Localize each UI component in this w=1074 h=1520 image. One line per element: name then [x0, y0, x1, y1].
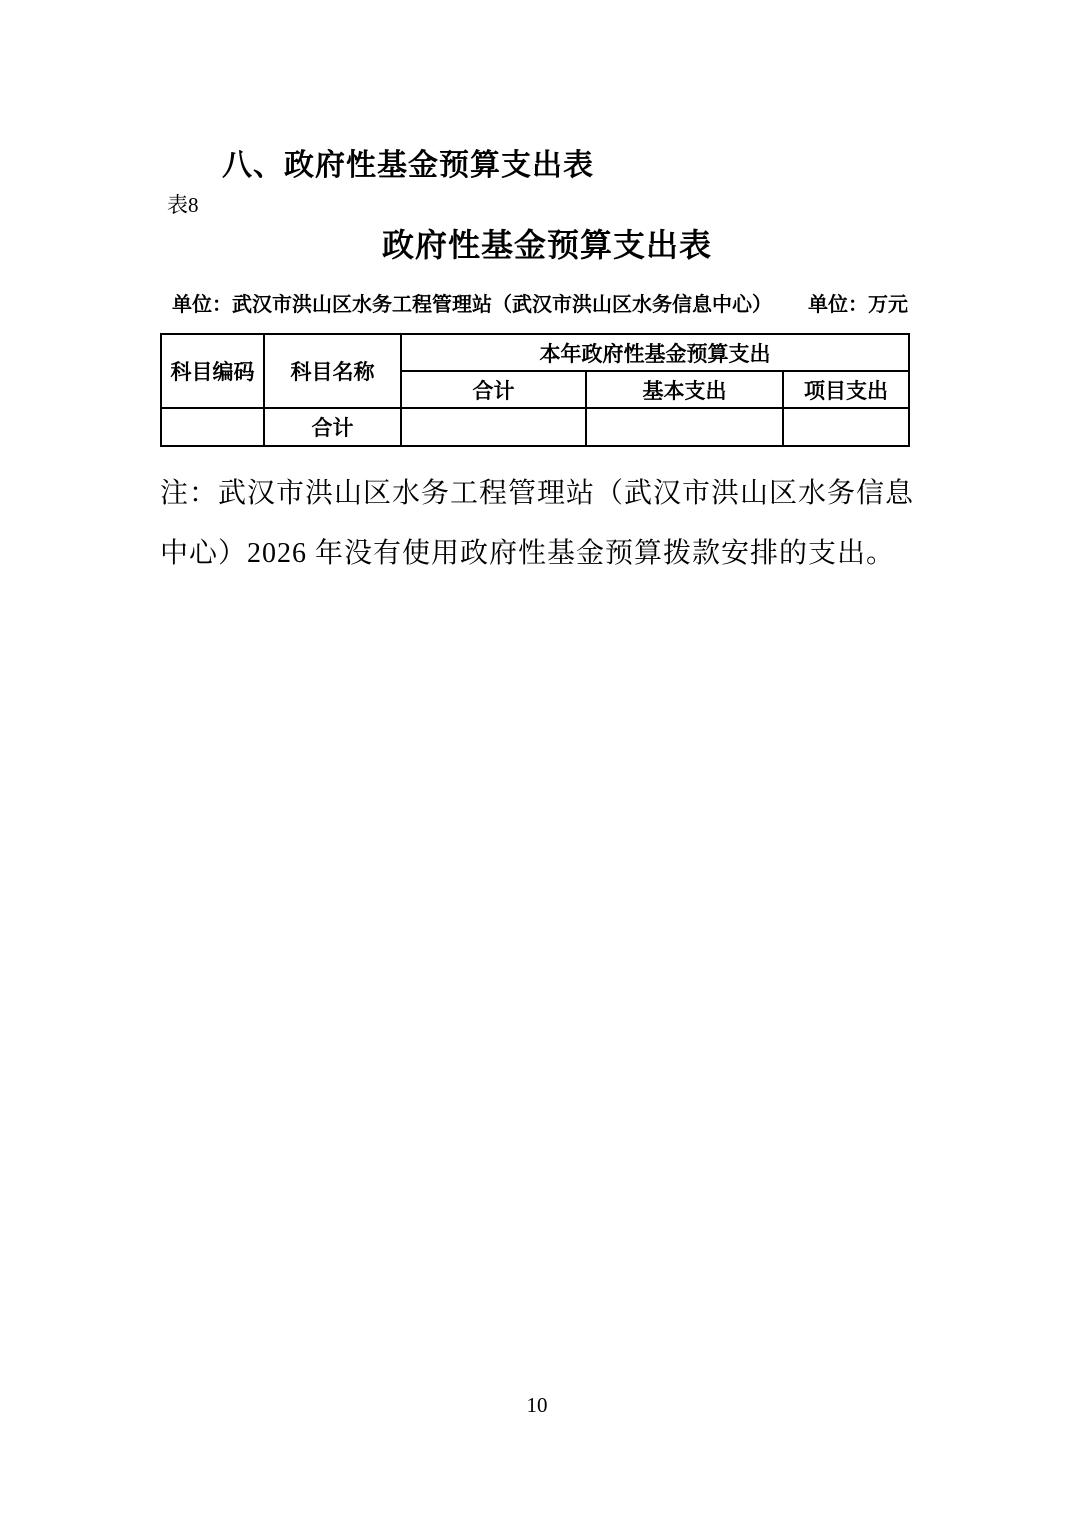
header-subject-name: 科目名称 [264, 334, 401, 408]
table-label: 表8 [167, 192, 199, 218]
header-basic-expenditure: 基本支出 [586, 371, 783, 408]
note: 注：武汉市洪山区水务工程管理站（武汉市洪山区水务信息 中心）2026 年没有使用… [160, 464, 920, 584]
page-number: 10 [0, 1392, 1074, 1418]
unit-currency: 单位：万元 [808, 292, 908, 318]
section-heading: 八、政府性基金预算支出表 [222, 148, 594, 184]
document-page: 八、政府性基金预算支出表 表8 政府性基金预算支出表 单位：武汉市洪山区水务工程… [0, 0, 1074, 1520]
cell-subject-name: 合计 [264, 408, 401, 446]
cell-basic-expenditure [586, 408, 783, 446]
header-total: 合计 [401, 371, 586, 408]
table-header-row-1: 科目编码 科目名称 本年政府性基金预算支出 [161, 334, 909, 371]
cell-project-expenditure [783, 408, 909, 446]
table-row: 合计 [161, 408, 909, 446]
note-line-2: 中心）2026 年没有使用政府性基金预算拨款安排的支出。 [160, 524, 920, 584]
unit-line: 单位：武汉市洪山区水务工程管理站（武汉市洪山区水务信息中心） 单位：万元 [160, 292, 908, 318]
unit-organization: 单位：武汉市洪山区水务工程管理站（武汉市洪山区水务信息中心） [172, 292, 772, 318]
header-subject-code: 科目编码 [161, 334, 264, 408]
cell-total [401, 408, 586, 446]
cell-subject-code [161, 408, 264, 446]
budget-table: 科目编码 科目名称 本年政府性基金预算支出 合计 基本支出 项目支出 合计 [160, 333, 910, 447]
note-line-1: 注：武汉市洪山区水务工程管理站（武汉市洪山区水务信息 [160, 464, 920, 524]
table-title: 政府性基金预算支出表 [0, 226, 1074, 264]
header-span-current-year-expenditure: 本年政府性基金预算支出 [401, 334, 909, 371]
header-project-expenditure: 项目支出 [783, 371, 909, 408]
